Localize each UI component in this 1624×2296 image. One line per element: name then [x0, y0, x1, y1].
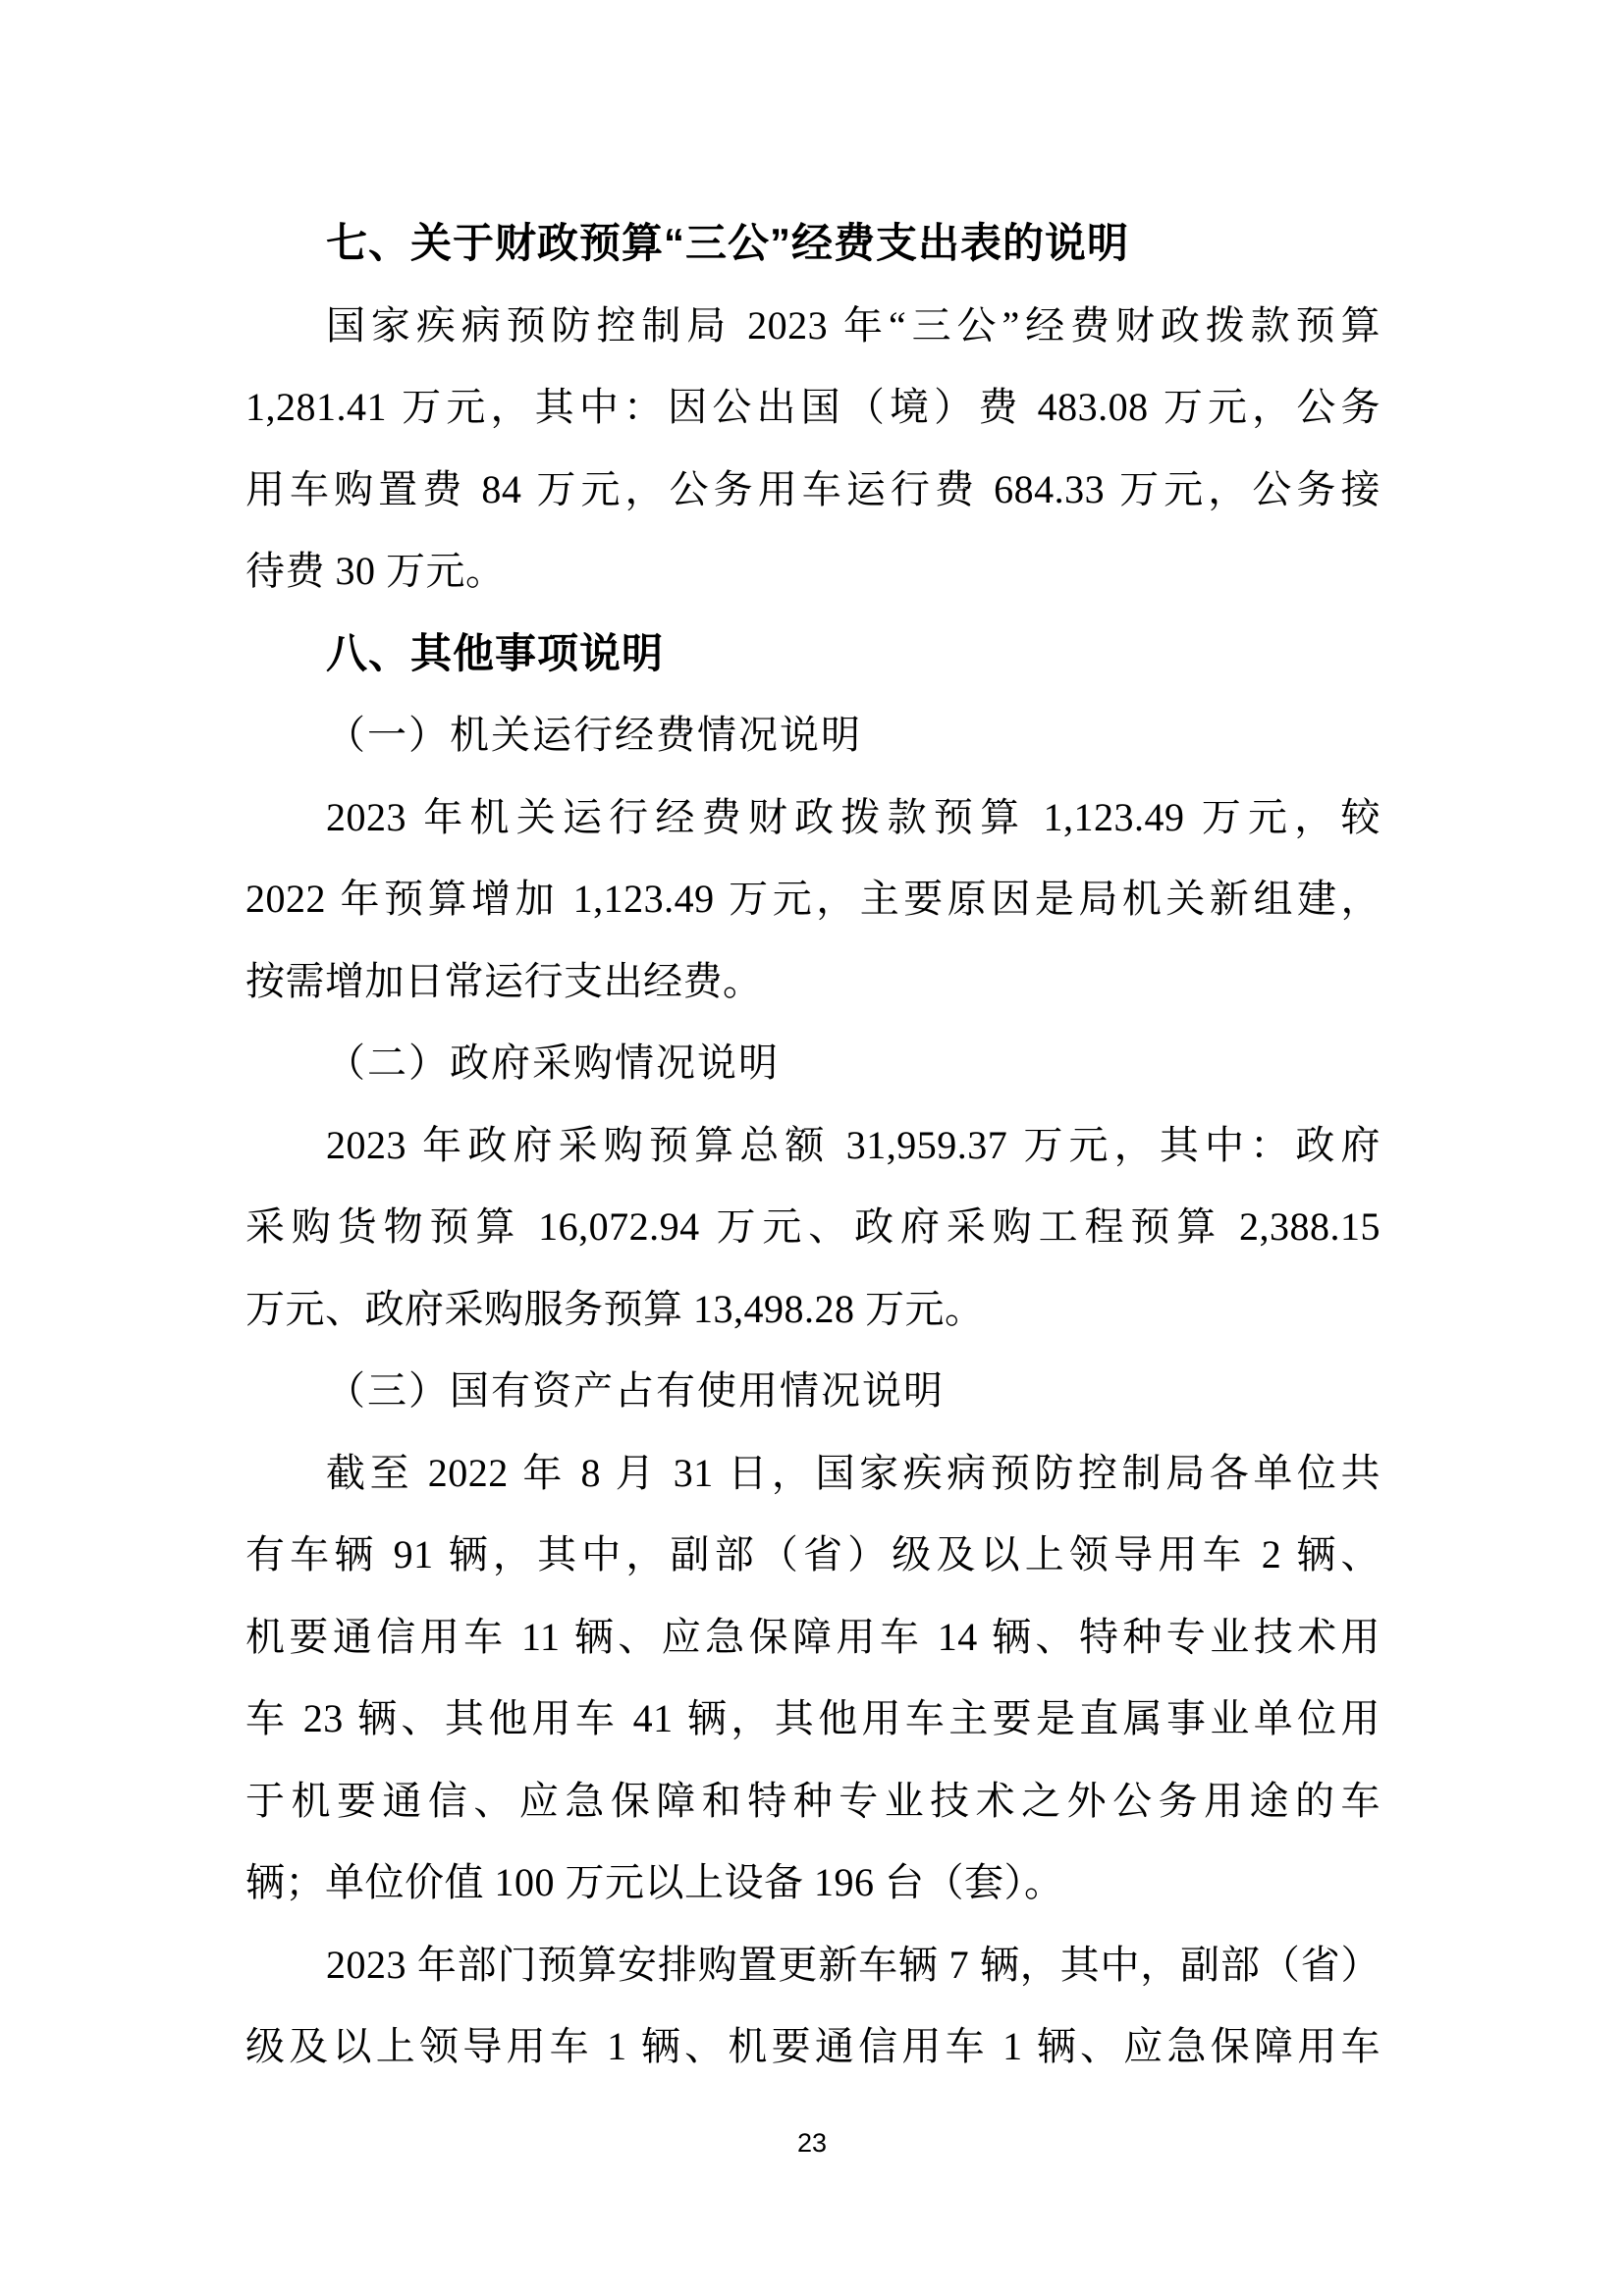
- document-line: 车 23 辆、其他用车 41 辆，其他用车主要是直属事业单位用: [245, 1678, 1380, 1760]
- document-line: 级及以上领导用车 1 辆、机要通信用车 1 辆、应急保障用车: [245, 2005, 1380, 2088]
- subsection-heading: （一）机关运行经费情况说明: [245, 694, 1380, 776]
- document-line: 万元、政府采购服务预算 13,498.28 万元。: [245, 1268, 1380, 1351]
- subsection-heading: （三）国有资产占有使用情况说明: [245, 1350, 1380, 1432]
- page-number: 23: [0, 2126, 1624, 2160]
- section-heading: 八、其他事项说明: [245, 613, 1380, 695]
- section-heading: 七、关于财政预算“三公”经费支出表的说明: [245, 202, 1380, 285]
- document-line: 2022 年预算增加 1,123.49 万元，主要原因是局机关新组建，: [245, 858, 1380, 940]
- document-line: 国家疾病预防控制局 2023 年“三公”经费财政拨款预算: [245, 285, 1380, 367]
- document-line: 1,281.41 万元，其中：因公出国（境）费 483.08 万元，公务: [245, 366, 1380, 449]
- subsection-heading: （二）政府采购情况说明: [245, 1022, 1380, 1104]
- document-line: 用车购置费 84 万元，公务用车运行费 684.33 万元，公务接: [245, 449, 1380, 531]
- document-line: 于机要通信、应急保障和特种专业技术之外公务用途的车: [245, 1760, 1380, 1842]
- document-line: 按需增加日常运行支出经费。: [245, 940, 1380, 1023]
- document-line: 机要通信用车 11 辆、应急保障用车 14 辆、特种专业技术用: [245, 1596, 1380, 1679]
- document-line: 2023 年政府采购预算总额 31,959.37 万元，其中：政府: [245, 1104, 1380, 1187]
- document-line: 待费 30 万元。: [245, 530, 1380, 613]
- document-line: 截至 2022 年 8 月 31 日，国家疾病预防控制局各单位共: [245, 1432, 1380, 1515]
- document-line: 采购货物预算 16,072.94 万元、政府采购工程预算 2,388.15: [245, 1186, 1380, 1268]
- document-line: 有车辆 91 辆，其中，副部（省）级及以上领导用车 2 辆、: [245, 1514, 1380, 1596]
- document-page: 七、关于财政预算“三公”经费支出表的说明国家疾病预防控制局 2023 年“三公”…: [0, 0, 1624, 2296]
- document-line: 2023 年机关运行经费财政拨款预算 1,123.49 万元，较: [245, 776, 1380, 859]
- document-body: 七、关于财政预算“三公”经费支出表的说明国家疾病预防控制局 2023 年“三公”…: [245, 202, 1380, 2088]
- document-line: 2023 年部门预算安排购置更新车辆 7 辆，其中，副部（省）: [245, 1924, 1380, 2006]
- document-line: 辆；单位价值 100 万元以上设备 196 台（套）。: [245, 1842, 1380, 1924]
